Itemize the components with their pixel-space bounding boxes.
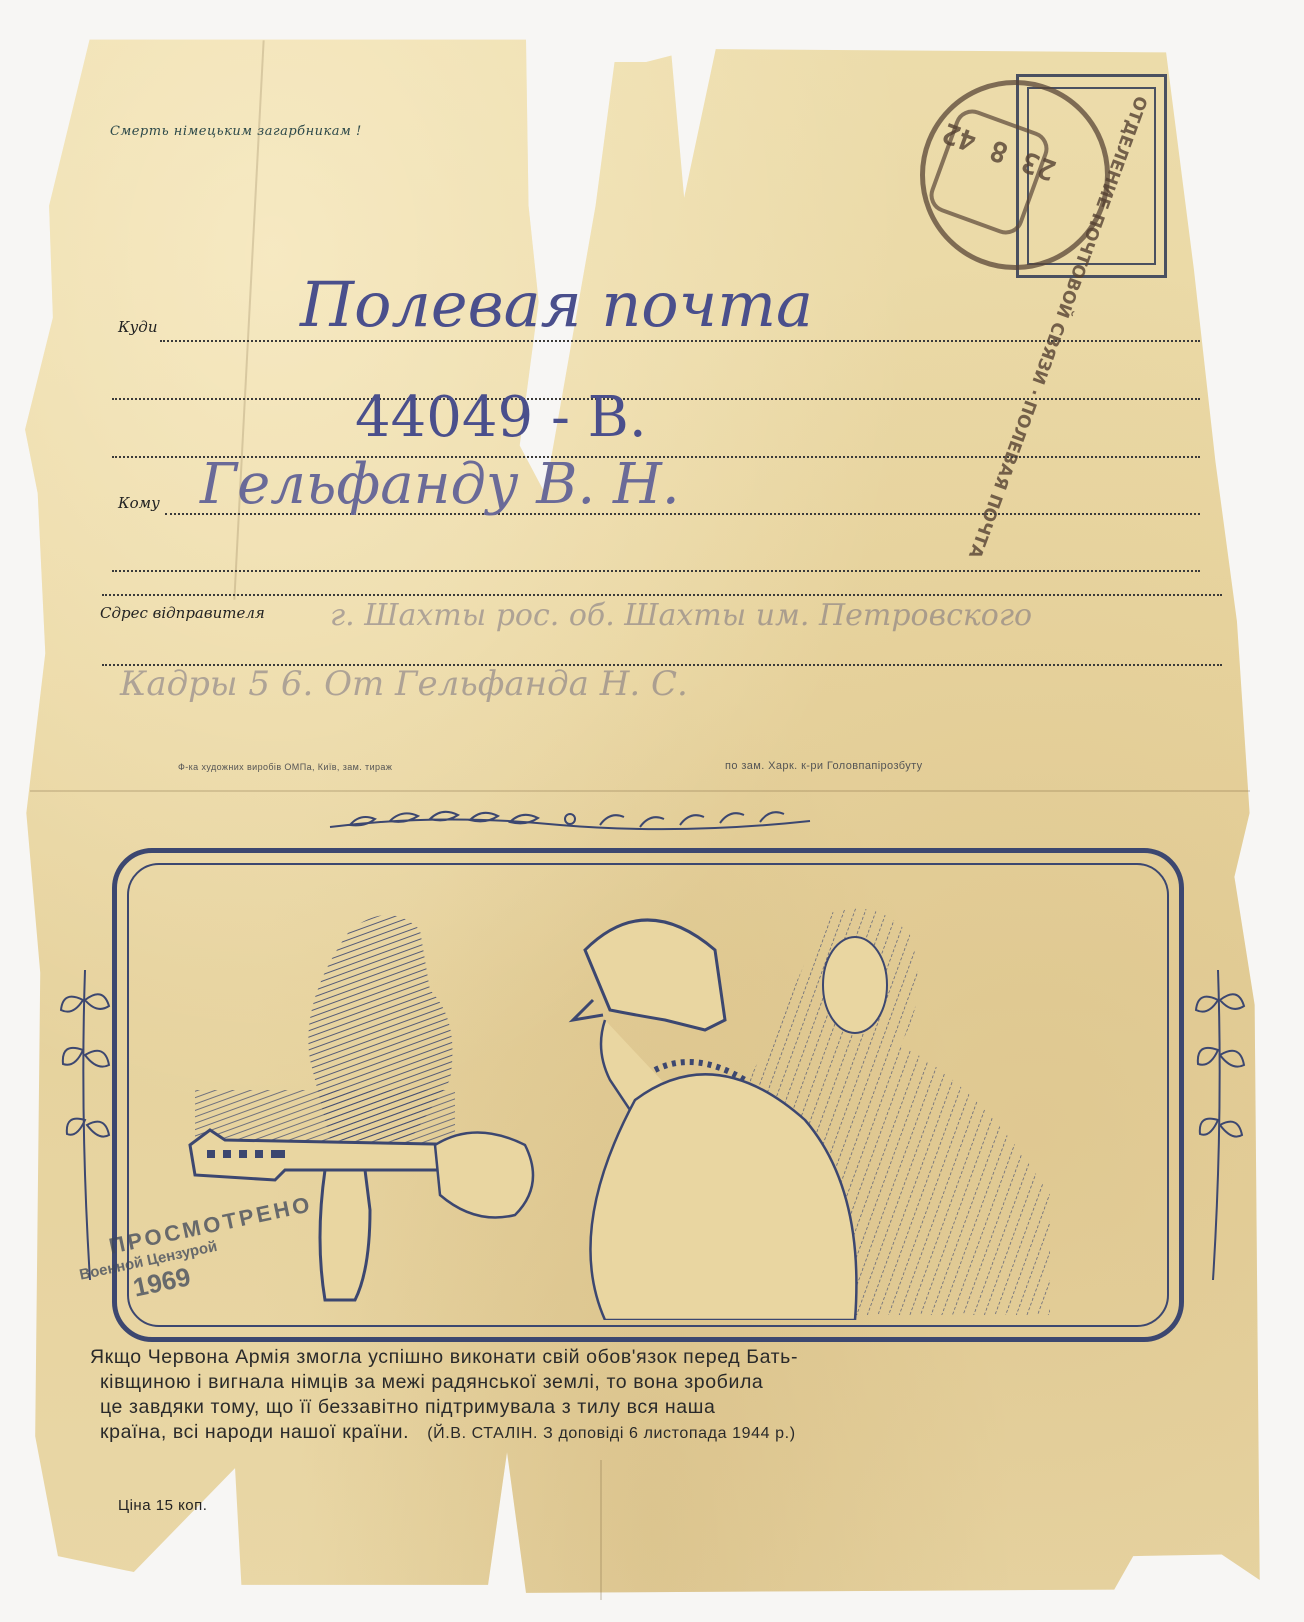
fold-crease-vertical [600,1460,602,1600]
laurel-ornament-icon [320,805,820,835]
slogan: Смерть німецьким загарбникам ! [110,124,362,139]
stalin-quote: Якщо Червона Армія змогла успішно викона… [90,1345,1210,1446]
sender-label: Сдрес відправителя [100,604,265,622]
to-whom-label: Кому [118,494,160,512]
quote-attribution: (Й.В. СТАЛІН. З доповіді 6 листопада 194… [427,1425,795,1442]
address-line-5 [112,570,1200,572]
printer-imprint-right: по зам. Харк. к-ри Головпапірозбуту [725,760,923,772]
quote-line-4-text: країна, всі народи нашої країни. [100,1421,409,1443]
sender-line-1 [102,594,1222,596]
printer-imprint-left: Ф-ка художних виробів ОМПа, Київ, зам. т… [178,762,392,772]
price-label: Ціна 15 коп. [118,1497,207,1514]
address-line-2 [112,398,1200,400]
quote-line-3: це завдяки тому, що її беззавітно підтри… [90,1395,1210,1420]
handwritten-recipient: Гельфанду В. Н. [200,452,680,517]
handwritten-sender-line-2: Кадры 5 6. От Гельфанда Н. С. [120,664,688,704]
to-where-label: Куди [118,318,157,336]
oak-sprig-right-icon [1188,960,1248,1290]
quote-line-1: Якщо Червона Армія змогла успішно викона… [90,1345,1210,1370]
quote-line-4: країна, всі народи нашої країни. (Й.В. С… [90,1420,1210,1446]
quote-line-2: ківщиною і вигнала німців за межі радянс… [90,1370,1210,1395]
handwritten-field-post-number: 44049 - В. [355,385,647,450]
handwritten-sender-line-1: г. Шахты рос. об. Шахты им. Петровского [330,598,1032,633]
handwritten-field-post: Полевая почта [300,268,813,341]
fold-crease-horizontal [30,790,1250,792]
